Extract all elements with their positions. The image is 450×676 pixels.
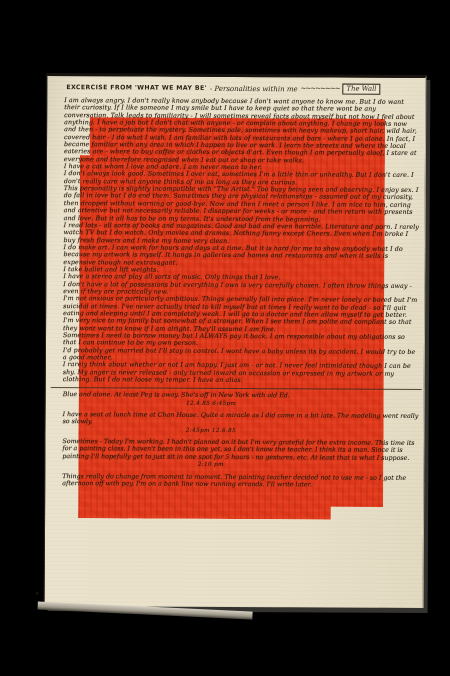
header-squiggle-line: ~~~~~~~~ [301,84,340,92]
journal-entry-1-datetime: 12.4.85 6:45pm [63,400,360,409]
body-paragraph: I read lots - all sorts of books and mag… [64,222,421,246]
journal-entry-2: I have a seat at lunch time at Chan Hous… [63,411,420,428]
photo-background: EXCERCISE FROM 'WHAT WE MAY BE' - Person… [0,0,450,676]
body-text: I am always angry. I don't really know a… [63,97,421,385]
body-paragraph: I rarely think about whether or not I am… [63,361,420,385]
divider-line [51,387,422,390]
journal-entries: Blue and alone. At least Peg is away. Sh… [62,392,419,490]
journal-page: EXCERCISE FROM 'WHAT WE MAY BE' - Person… [44,73,427,608]
body-paragraph: This personality is slightly incompatibl… [64,185,421,224]
header-tag-box: The Wall [343,84,381,95]
page-content: EXCERCISE FROM 'WHAT WE MAY BE' - Person… [45,76,426,608]
page-header: EXCERCISE FROM 'WHAT WE MAY BE' - Person… [66,82,421,95]
body-paragraph: I'm not anxious or particularly ambitiou… [63,295,420,319]
journal-entry-3: Sometimes - Today I'm working. I hadn't … [62,438,419,462]
header-subtitle: - Personalities within me [210,84,298,92]
body-paragraph: I do make art. I can work for hours and … [63,244,420,268]
journal-entry-3-datetime: 2:10 pm [62,461,359,470]
journal-entry-2-datetime: 2:45pm 12.6.85 [63,427,360,436]
journal-entry-4: Things really do change from moment to m… [62,473,419,490]
header-title: EXCERCISE FROM 'WHAT WE MAY BE' [66,84,207,92]
body-paragraph: Sometimes I need to borrow money but I A… [63,332,420,349]
ink-speck [36,592,39,595]
body-paragraph: I am always angry. I don't really know a… [64,97,421,165]
